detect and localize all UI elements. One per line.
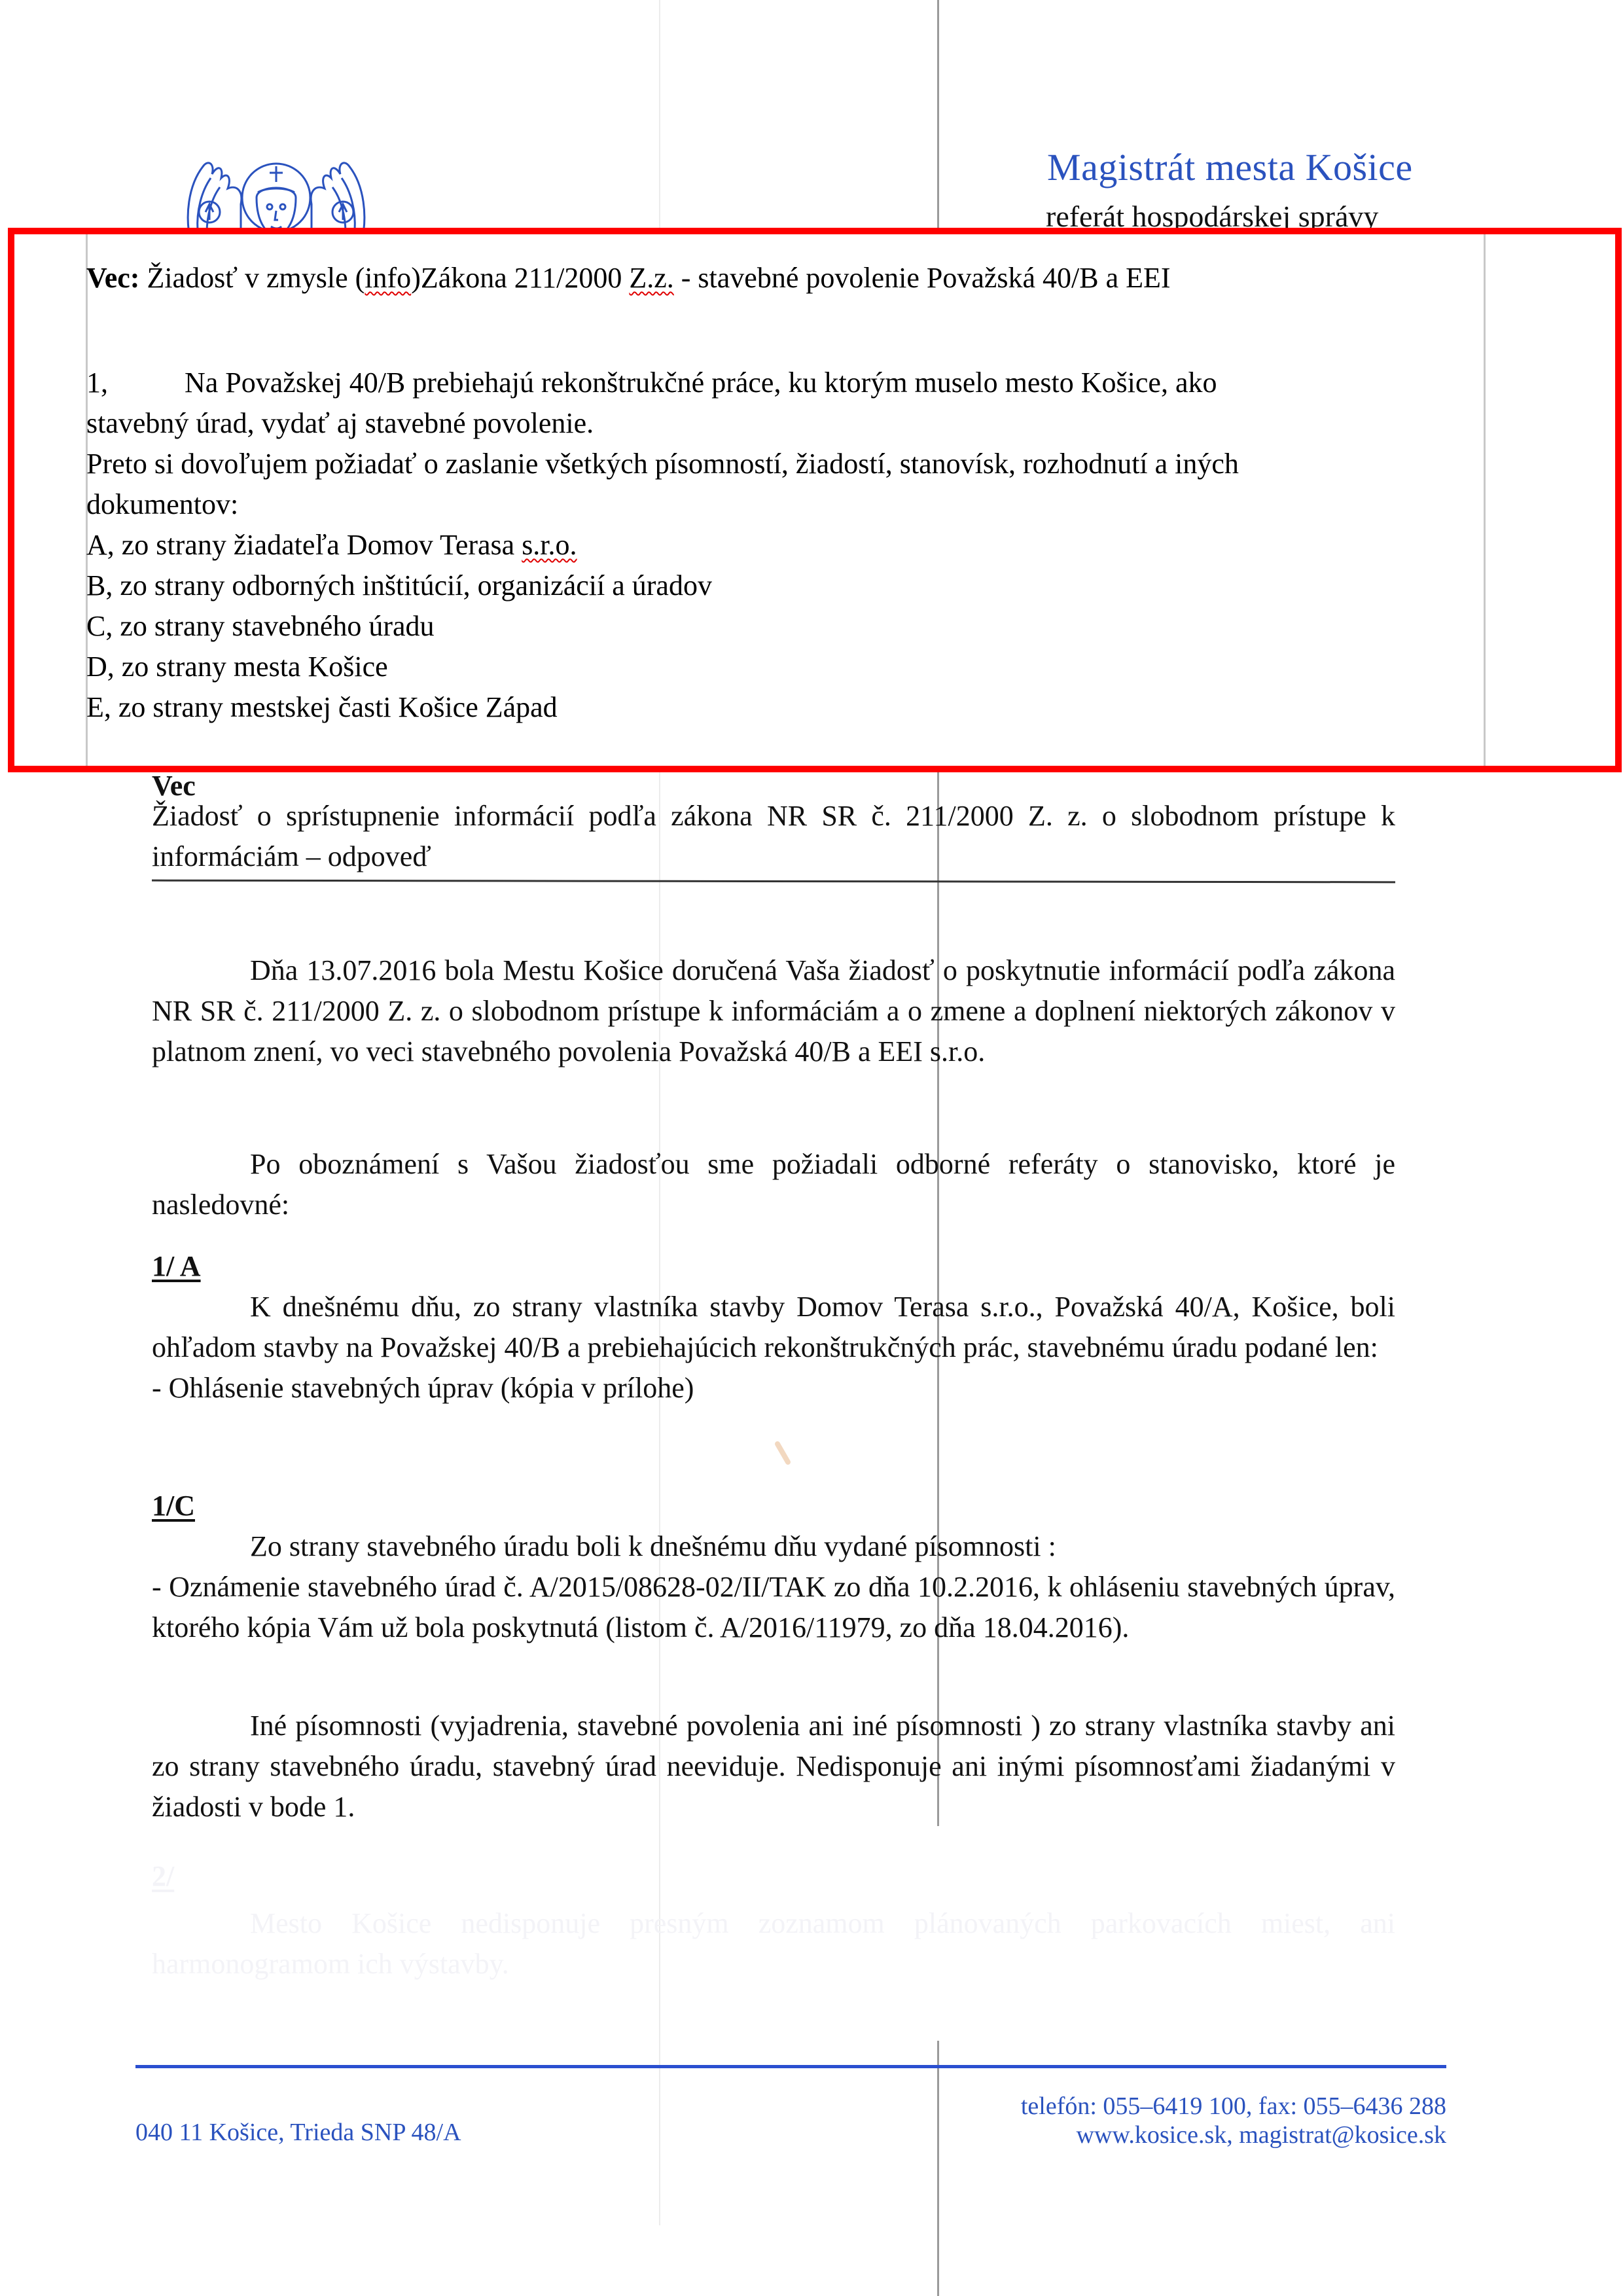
section-label: 1/C xyxy=(152,1486,1395,1526)
footer-contact: telefón: 055–6419 100, fax: 055–6436 288… xyxy=(1021,2092,1446,2149)
paragraph-number: 1, xyxy=(86,363,185,403)
request-subject-part: - stavebné povolenie Považská 40/B a EEI xyxy=(674,262,1171,294)
margin-guide-line xyxy=(1484,234,1486,766)
footer-phone-fax: telefón: 055–6419 100, fax: 055–6436 288 xyxy=(1021,2092,1446,2121)
section-list-item: - Ohlásenie stavebných úprav (kópia v pr… xyxy=(152,1368,1395,1408)
request-paragraph-line: stavebný úrad, vydať aj stavebné povolen… xyxy=(86,403,1239,444)
request-item: C, zo strany stavebného úradu xyxy=(86,606,1239,647)
request-paragraph-line: dokumentov: xyxy=(86,484,1239,525)
request-subject-part: )Zákona 211/2000 xyxy=(411,262,629,294)
request-item: E, zo strany mestskej časti Košice Západ xyxy=(86,687,1239,728)
footer-web-email: www.kosice.sk, magistrat@kosice.sk xyxy=(1021,2121,1446,2149)
request-body: 1,Na Považskej 40/B prebiehajú rekonštru… xyxy=(86,363,1239,728)
request-item: D, zo strany mesta Košice xyxy=(86,647,1239,687)
faded-section-2: 2/ Mesto Košice nedisponuje presným zozn… xyxy=(152,1856,1395,1984)
spellcheck-flagged-word: info xyxy=(365,262,411,294)
spellcheck-flagged-word: s.r.o. xyxy=(522,529,577,561)
request-subject-part: Žiadosť v zmysle ( xyxy=(147,262,365,294)
spellcheck-flagged-word: Z.z. xyxy=(629,262,673,294)
organization-name: Magistrát mesta Košice xyxy=(1047,145,1413,189)
scan-fold-line xyxy=(937,2041,939,2296)
section-label: 1/ A xyxy=(152,1246,1395,1287)
request-subject-label: Vec: xyxy=(86,262,139,294)
request-paragraph-line: Preto si dovoľujem požiadať o zaslanie v… xyxy=(86,444,1239,484)
reply-closing-paragraph: Iné písomnosti (vyjadrenia, stavebné pov… xyxy=(152,1706,1395,1827)
section-text: K dnešnému dňu, zo strany vlastníka stav… xyxy=(152,1287,1395,1368)
section-text: Mesto Košice nedisponuje presným zoznamo… xyxy=(152,1903,1395,1984)
reply-subject-text: Žiadosť o sprístupnenie informácií podľa… xyxy=(152,796,1395,877)
section-list-item: - Oznámenie stavebného úrad č. A/2015/08… xyxy=(152,1567,1395,1648)
scan-artifact xyxy=(774,1441,792,1466)
request-subject: Vec: Žiadosť v zmysle (info)Zákona 211/2… xyxy=(86,258,1171,298)
section-label: 2/ xyxy=(152,1856,1395,1897)
request-highlight-box: Vec: Žiadosť v zmysle (info)Zákona 211/2… xyxy=(8,228,1622,772)
footer-divider xyxy=(135,2065,1446,2068)
request-item-a: A, zo strany žiadateľa Domov Terasa s.r.… xyxy=(86,525,1239,565)
section-1c: 1/C Zo strany stavebného úradu boli k dn… xyxy=(152,1486,1395,1648)
footer-address: 040 11 Košice, Trieda SNP 48/A xyxy=(135,2118,461,2147)
request-paragraph-first-line: 1,Na Považskej 40/B prebiehajú rekonštru… xyxy=(86,363,1239,403)
section-text: Zo strany stavebného úradu boli k dnešné… xyxy=(152,1526,1395,1567)
request-item: B, zo strany odborných inštitúcií, organ… xyxy=(86,565,1239,606)
reply-intro-paragraph: Dňa 13.07.2016 bola Mestu Košice doručen… xyxy=(152,950,1395,1072)
section-1a: 1/ A K dnešnému dňu, zo strany vlastníka… xyxy=(152,1246,1395,1408)
reply-followup-paragraph: Po oboznámení s Vašou žiadosťou sme poži… xyxy=(152,1144,1395,1225)
subject-divider xyxy=(152,880,1395,884)
